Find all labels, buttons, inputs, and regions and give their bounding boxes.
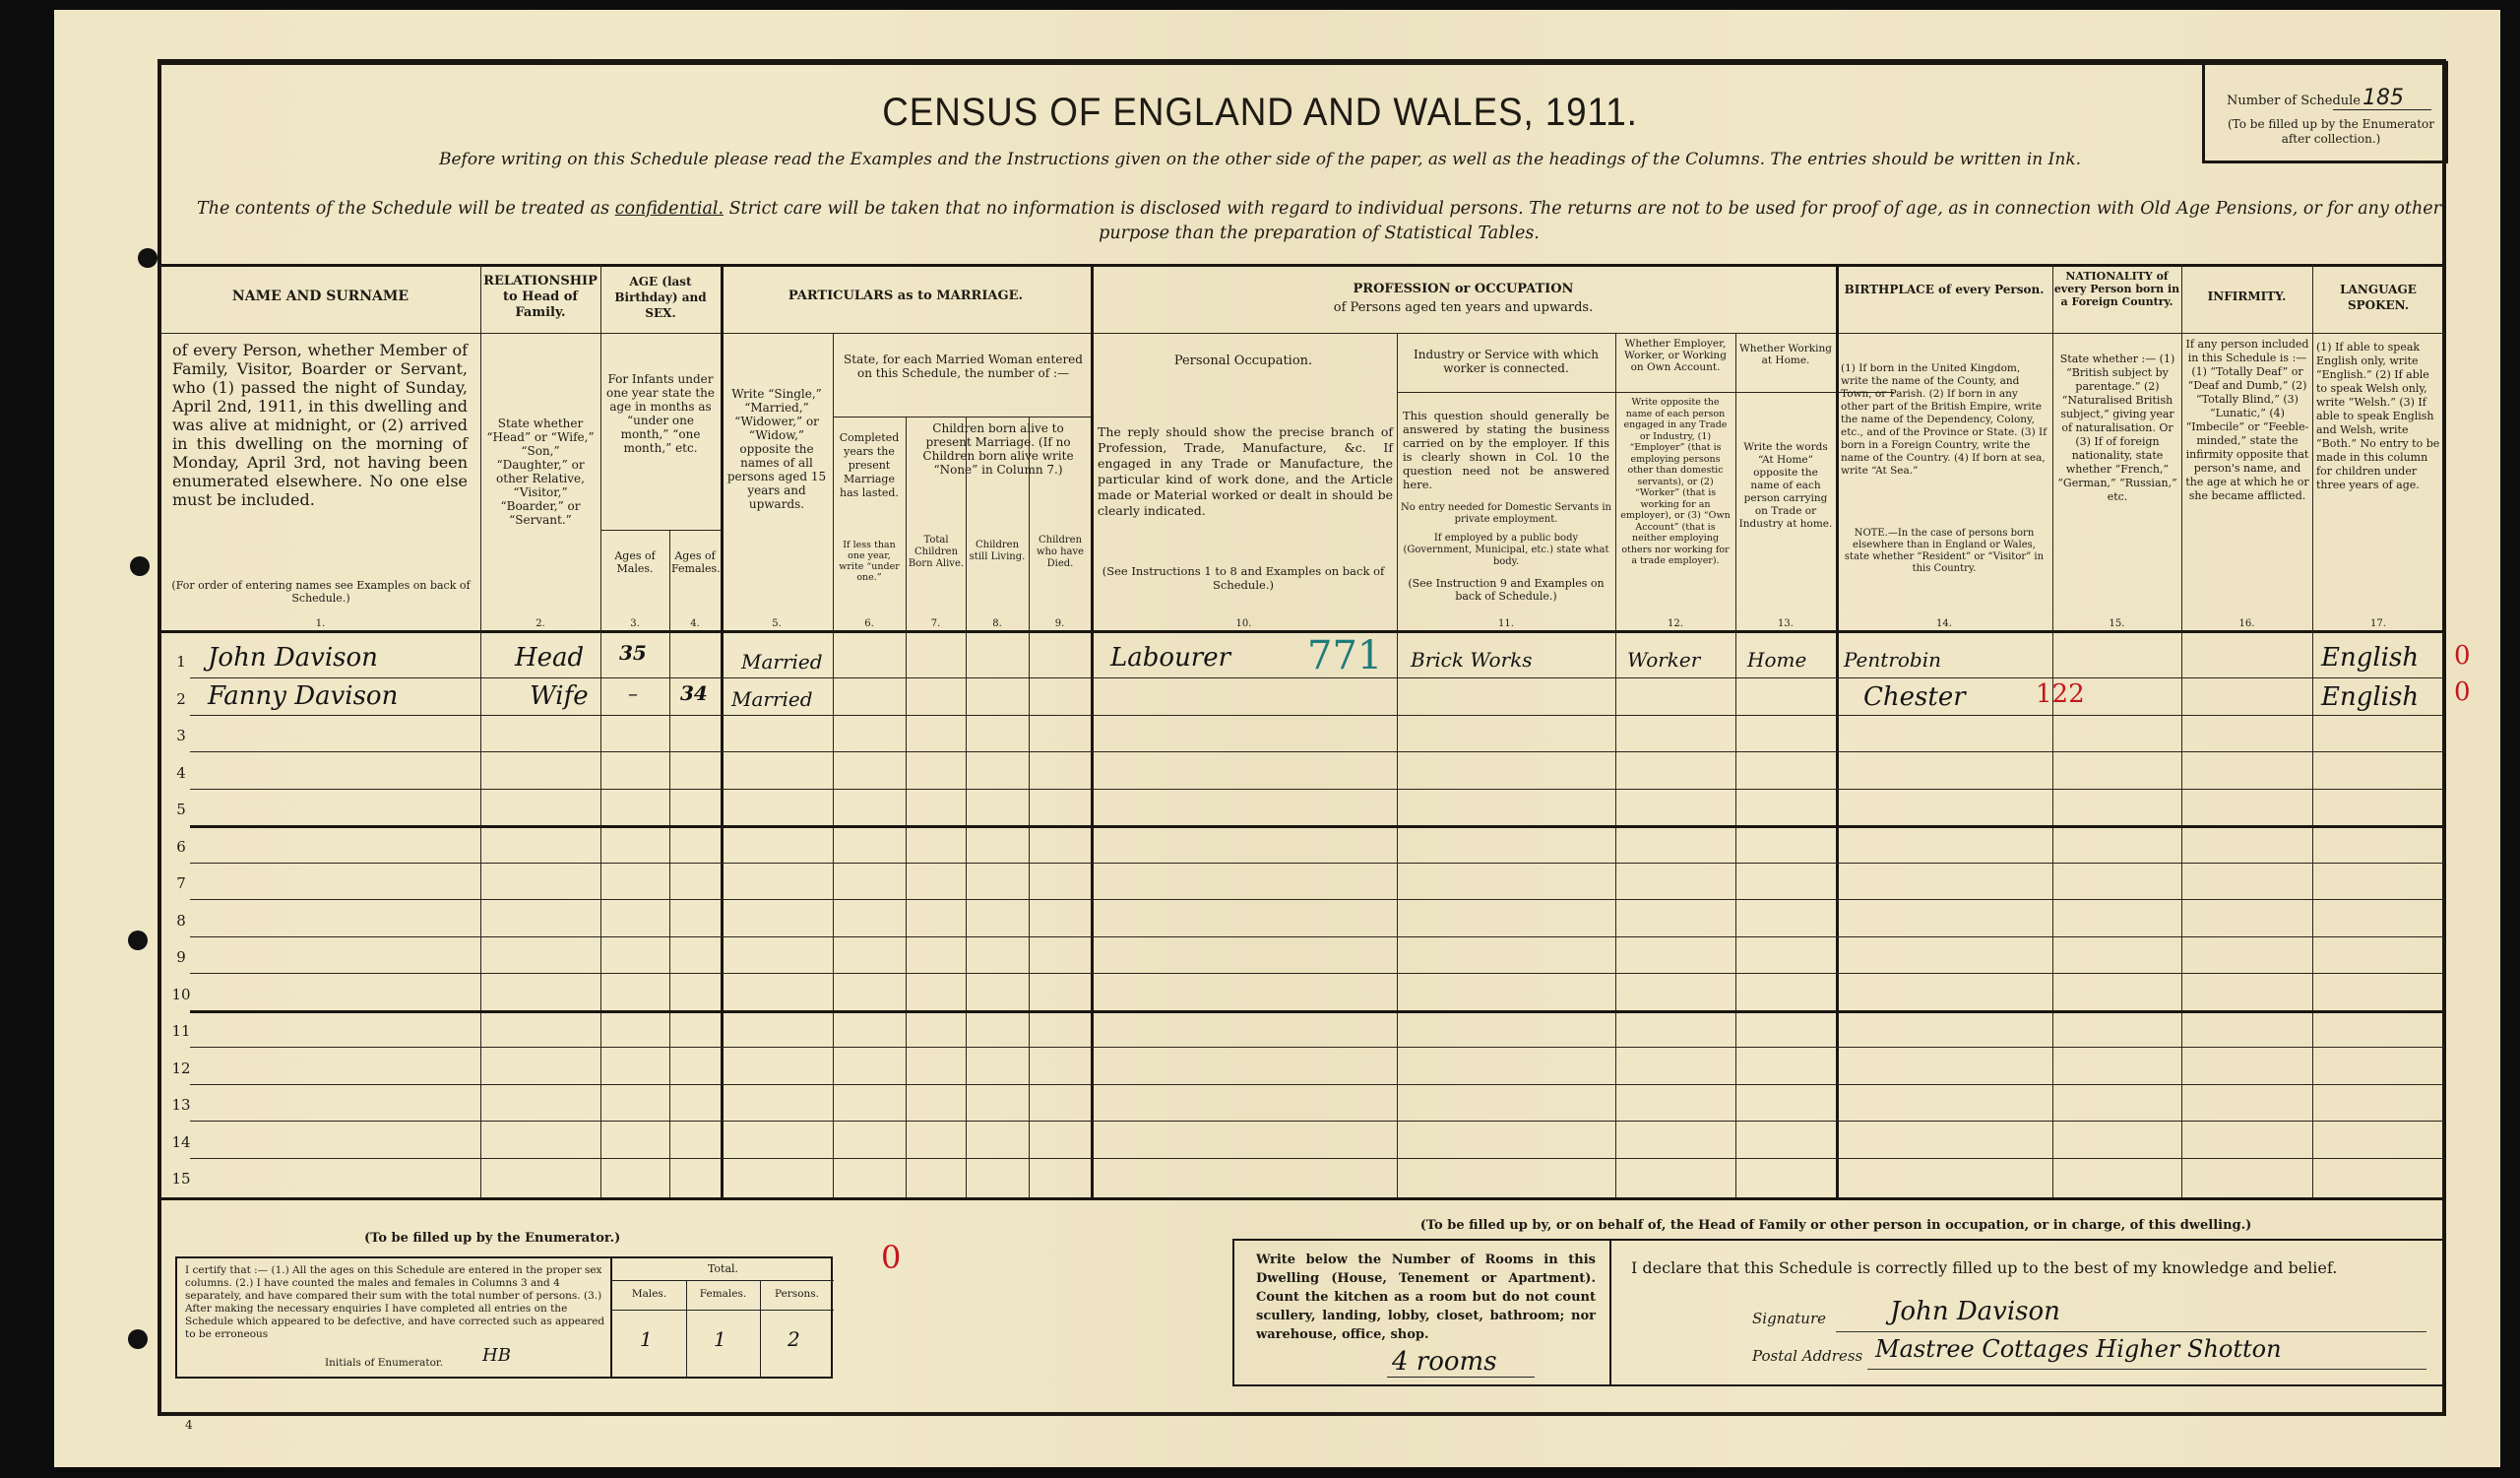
entry-name: John Davison [208, 643, 378, 673]
col-divider [480, 264, 481, 1199]
rooms-underline [1387, 1377, 1535, 1378]
document-title: CENSUS OF ENGLAND AND WALES, 1911. [100, 91, 2419, 135]
entry-age-male: – [628, 681, 638, 705]
language-text: (1) If able to speak English only, write… [2316, 341, 2440, 492]
declaration-text: I declare that this Schedule is correctl… [1631, 1258, 2337, 1277]
instruction-relationship: State whether “Head” or “Wife,” “Son,” “… [485, 417, 596, 527]
column-number: 7. [906, 618, 966, 629]
signature-value: John Davison [1890, 1297, 2060, 1326]
industry-note-domestic: No entry needed for Domestic Servants in… [1401, 502, 1611, 526]
schedule-number-value: 185 [2362, 86, 2404, 110]
row-rule [190, 973, 2444, 974]
col-divider [2052, 264, 2053, 1199]
col-divider [1029, 417, 1030, 1199]
entry-relationship: Wife [530, 681, 589, 711]
age-females-label: Ages of Females. [671, 549, 719, 575]
header-infirmity: INFIRMITY. [2181, 289, 2312, 304]
column-number: 15. [2052, 618, 2181, 629]
entry-marital: Married [731, 687, 813, 711]
header-marriage: PARTICULARS as to MARRIAGE. [721, 289, 1091, 304]
age-males-label: Ages of Males. [602, 549, 667, 575]
females-label: Females. [686, 1288, 760, 1300]
entry-language: English [2321, 643, 2419, 673]
instruction-married-woman: State, for each Married Woman entered on… [838, 353, 1089, 380]
column-number: 11. [1397, 618, 1615, 629]
at-home-text: Write the words “At Home” opposite the n… [1738, 441, 1833, 531]
row-rule [190, 789, 2444, 790]
page-number: 4 [185, 1418, 193, 1432]
persons-label: Persons. [760, 1288, 834, 1300]
binder-hole [138, 248, 157, 268]
table-bottom-rule [160, 1197, 2444, 1200]
header-age: AGE (last Birthday) and SEX. [600, 274, 721, 321]
row-number: 11 [170, 1022, 192, 1040]
col-divider [2312, 264, 2313, 1199]
row-rule [190, 1158, 2444, 1159]
instruction-name: of every Person, whether Member of Famil… [172, 341, 468, 509]
column-number: 5. [721, 618, 833, 629]
header-language: LANGUAGE SPOKEN. [2312, 282, 2444, 313]
initials-label: Initials of Enumerator. [325, 1357, 443, 1369]
column-number: 2. [480, 618, 600, 629]
instruction-children-born: Children born alive to present Marriage.… [909, 421, 1088, 477]
still-living-label: Children still Living. [968, 540, 1027, 563]
entry-check-mark: 0 [2454, 677, 2471, 707]
declaration-box: I declare that this Schedule is correctl… [1609, 1239, 2444, 1386]
totals-grid: Total. Males. Females. Persons. 1 1 2 [610, 1258, 834, 1377]
rooms-instruction: Write below the Number of Rooms in this … [1256, 1251, 1596, 1344]
row-number: 5 [170, 801, 192, 818]
enumerator-box: I certify that :— (1.) All the ages on t… [175, 1256, 833, 1379]
personal-occupation-label: Personal Occupation. [1096, 354, 1391, 368]
col-divider [833, 333, 834, 1199]
enumerator-check-mark: 0 [881, 1239, 901, 1276]
enumerator-certification: I certify that :— (1.) All the ages on t… [185, 1264, 608, 1341]
occupation-sub-divider [1397, 392, 1894, 393]
entry-relationship: Head [515, 643, 584, 673]
column-number: 14. [1836, 618, 2052, 629]
column-number: 4. [669, 618, 721, 629]
industry-note-instruction: (See Instruction 9 and Examples on back … [1401, 577, 1611, 603]
entry-language: English [2321, 682, 2419, 712]
column-number: 1. [160, 618, 480, 629]
died-label: Children who have Died. [1031, 535, 1090, 570]
industry-note-public: If employed by a public body (Government… [1401, 533, 1611, 568]
confidentiality-notice: The contents of the Schedule will be tre… [187, 197, 2451, 246]
column-number: 17. [2312, 618, 2444, 629]
row-number: 7 [170, 874, 192, 892]
instruction-marital: Write “Single,” “Married,” “Widower,” or… [725, 387, 828, 511]
row-number: 2 [170, 690, 192, 708]
col-divider [1615, 333, 1616, 1199]
entry-birthplace: Chester [1863, 682, 1966, 712]
rooms-value: 4 rooms [1392, 1347, 1497, 1377]
col-divider [1836, 264, 1839, 1199]
row-number: 6 [170, 838, 192, 856]
header-bottom-rule [160, 630, 2444, 633]
row-rule [190, 1047, 2444, 1048]
header-profession: PROFESSION or OCCUPATION [1091, 282, 1836, 297]
signature-label: Signature [1752, 1310, 1826, 1327]
age-sub-divider [600, 530, 721, 531]
col-divider [669, 530, 670, 1199]
entry-age-male: 35 [619, 641, 647, 665]
employer-label: Whether Employer, Worker, or Working on … [1618, 338, 1732, 373]
row-rule [190, 863, 2444, 864]
marriage-sub-divider [833, 417, 1094, 418]
header-relationship: RELATIONSHIP to Head of Family. [480, 274, 600, 321]
table-top-rule [160, 264, 2444, 267]
entry-name: Fanny Davison [208, 681, 398, 711]
entry-age-female: 34 [680, 681, 708, 705]
column-number: 12. [1615, 618, 1735, 629]
column-number: 9. [1029, 618, 1091, 629]
column-number: 8. [966, 618, 1029, 629]
at-home-label: Whether Working at Home. [1738, 343, 1833, 366]
row-rule [190, 715, 2444, 716]
column-number: 6. [833, 618, 906, 629]
infirmity-text: If any person included in this Schedule … [2184, 338, 2310, 503]
col-divider [906, 417, 907, 1199]
instructions-subtitle: Before writing on this Schedule please r… [0, 150, 2520, 169]
birthplace-text: (1) If born in the United Kingdom, write… [1841, 362, 2047, 478]
birthplace-note: NOTE.—In the case of persons born elsewh… [1841, 528, 2047, 575]
row-number: 13 [170, 1096, 192, 1114]
row-rule [190, 1010, 2444, 1013]
schedule-number-note: (To be filled up by the Enumerator after… [2223, 117, 2439, 147]
column-number: 3. [600, 618, 669, 629]
males-label: Males. [612, 1288, 686, 1300]
row-rule [190, 751, 2444, 752]
schedule-number-box: Number of Schedule 185 (To be filled up … [2202, 61, 2448, 163]
birthplace-code-annotation: 122 [2036, 679, 2085, 709]
entry-industry: Brick Works [1411, 648, 1533, 672]
col-divider [600, 264, 601, 1199]
schedule-number-label: Number of Schedule [2227, 94, 2361, 108]
row-rule [190, 825, 2444, 828]
row-number: 1 [170, 653, 192, 671]
industry-text: This question should generally be answer… [1403, 409, 1609, 491]
row-number: 8 [170, 912, 192, 930]
entry-at-home: Home [1747, 648, 1806, 672]
binder-hole [128, 931, 148, 950]
entry-marital: Married [741, 650, 823, 674]
header-nationality: NATIONALITY of every Person born in a Fo… [2052, 270, 2181, 308]
employer-text: Write opposite the name of each person e… [1618, 397, 1732, 567]
enumerator-section-label: (To be filled up by the Enumerator.) [364, 1231, 620, 1246]
row-number: 12 [170, 1060, 192, 1077]
head-section-note: (To be filled up by, or on behalf of, th… [1230, 1218, 2441, 1233]
initials-value: HB [482, 1345, 511, 1366]
row-rule [190, 1121, 2444, 1122]
row-rule [190, 936, 2444, 937]
instruction-completed-years: Completed years the present Marriage has… [836, 431, 903, 500]
binder-hole [128, 1329, 148, 1349]
instruction-name-note: (For order of entering names see Example… [168, 579, 473, 605]
entry-birthplace: Pentrobin [1844, 648, 1941, 672]
postal-address-label: Postal Address [1752, 1347, 1862, 1365]
nationality-text: State whether :— (1) “British subject by… [2056, 353, 2178, 504]
row-number: 4 [170, 764, 192, 782]
header-birthplace: BIRTHPLACE of every Person. [1836, 282, 2052, 297]
entry-check-mark: 0 [2454, 641, 2471, 671]
header-divider [160, 333, 2444, 334]
col-divider [1397, 333, 1398, 1199]
instruction-completed-note: If less than one year, write “under one.… [836, 540, 903, 583]
males-total: 1 [640, 1327, 653, 1351]
postal-address-line [1867, 1369, 2426, 1370]
column-number: 10. [1091, 618, 1397, 629]
row-number: 9 [170, 948, 192, 966]
occupation-code-annotation: 771 [1307, 633, 1382, 678]
row-number: 3 [170, 727, 192, 744]
col-divider [966, 417, 967, 1199]
column-number: 13. [1735, 618, 1836, 629]
entry-employer: Worker [1627, 648, 1700, 672]
industry-label: Industry or Service with which worker is… [1401, 348, 1611, 375]
personal-occupation-note: (See Instructions 1 to 8 and Examples on… [1096, 564, 1391, 592]
census-table: NAME AND SURNAME RELATIONSHIP to Head of… [160, 264, 2444, 1199]
entry-occupation: Labourer [1110, 643, 1230, 673]
col-divider [1091, 264, 1094, 1199]
row-rule [190, 899, 2444, 900]
total-born-label: Total Children Born Alive. [908, 535, 965, 570]
row-number: 14 [170, 1133, 192, 1151]
column-number: 16. [2181, 618, 2312, 629]
personal-occupation-text: The reply should show the precise branch… [1098, 424, 1393, 519]
instruction-age: For Infants under one year state the age… [605, 372, 716, 455]
col-divider [2181, 264, 2182, 1199]
persons-total: 2 [787, 1327, 800, 1351]
col-divider [1735, 333, 1736, 1199]
header-name: NAME AND SURNAME [160, 289, 480, 304]
row-rule [190, 1084, 2444, 1085]
header-profession-sub: of Persons aged ten years and upwards. [1091, 301, 1836, 315]
total-header: Total. [612, 1258, 834, 1281]
row-number: 10 [170, 986, 192, 1003]
col-divider [721, 264, 724, 1199]
females-total: 1 [714, 1327, 726, 1351]
signature-line [1836, 1331, 2426, 1332]
postal-address-value: Mastree Cottages Higher Shotton [1875, 1335, 2282, 1363]
row-number: 15 [170, 1170, 192, 1188]
binder-hole [130, 556, 150, 576]
rooms-box: Write below the Number of Rooms in this … [1232, 1239, 1611, 1386]
